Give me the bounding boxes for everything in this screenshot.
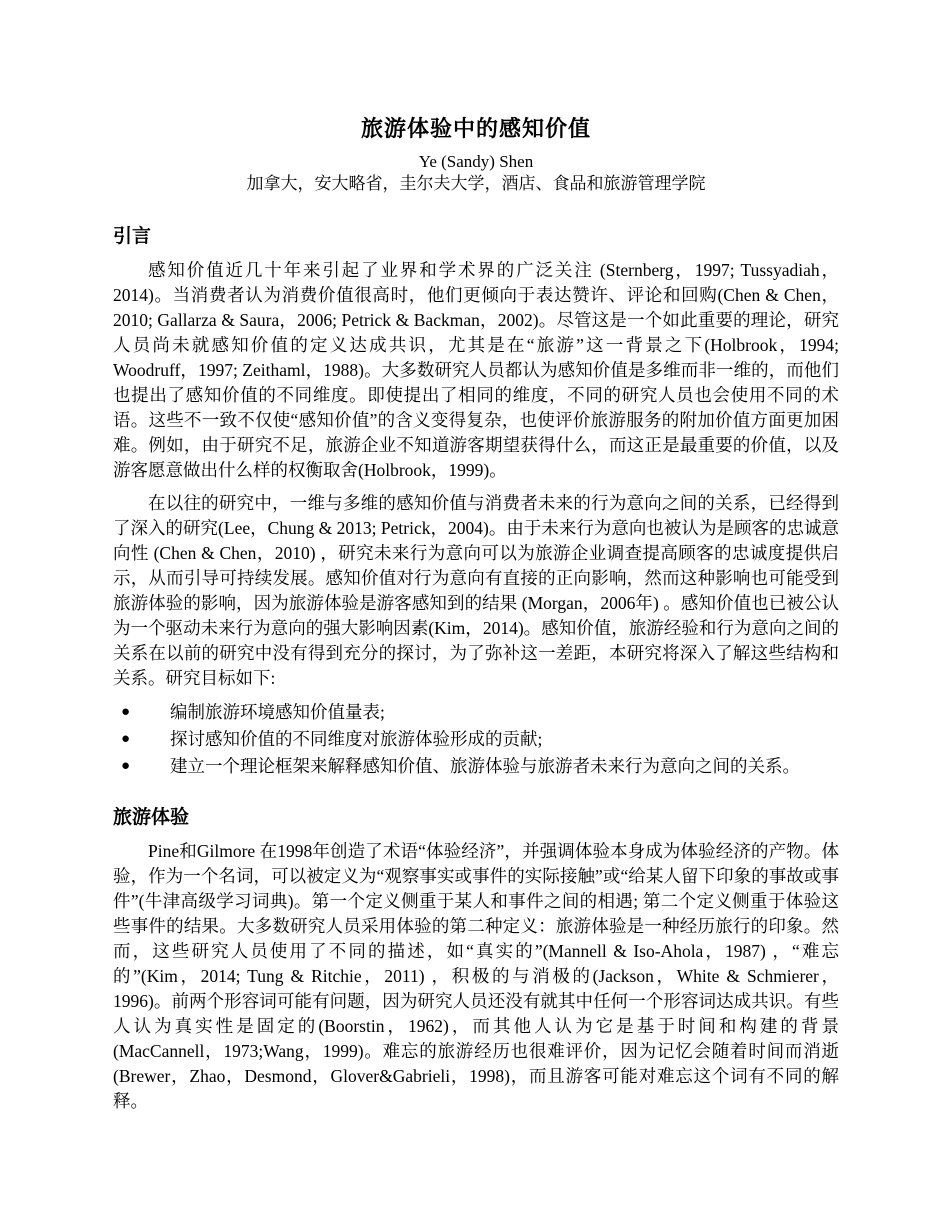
section-heading-tourism-experience: 旅游体验 (113, 807, 839, 829)
list-item: ● 编制旅游环境感知价值量表; (113, 699, 839, 726)
intro-paragraph-1: 感知价值近几十年来引起了业界和学术界的广泛关注 (Sternberg，1997;… (113, 258, 839, 483)
bullet-icon: ● (121, 753, 130, 780)
intro-paragraph-2: 在以往的研究中，一维与多维的感知价值与消费者未来的行为意向之间的关系，已经得到了… (113, 491, 839, 691)
tourism-experience-paragraph: Pine和Gilmore 在1998年创造了术语“体验经济”，并强调体验本身成为… (113, 839, 839, 1114)
page-title: 旅游体验中的感知价值 (113, 116, 839, 142)
research-objectives-list: ● 编制旅游环境感知价值量表; ● 探讨感知价值的不同维度对旅游体验形成的贡献;… (113, 699, 839, 780)
list-item: ● 建立一个理论框架来解释感知价值、旅游体验与旅游者未来行为意向之间的关系。 (113, 753, 839, 780)
list-item-text: 建立一个理论框架来解释感知价值、旅游体验与旅游者未来行为意向之间的关系。 (170, 756, 800, 776)
author-line: Ye (Sandy) Shen (113, 151, 839, 172)
bullet-icon: ● (121, 726, 130, 753)
bullet-icon: ● (121, 699, 130, 726)
document-page: 旅游体验中的感知价值 Ye (Sandy) Shen 加拿大，安大略省，圭尔夫大… (0, 0, 952, 1232)
list-item-text: 编制旅游环境感知价值量表; (170, 702, 385, 722)
section-heading-introduction: 引言 (113, 226, 839, 248)
list-item-text: 探讨感知价值的不同维度对旅游体验形成的贡献; (170, 729, 542, 749)
affiliation-line: 加拿大，安大略省，圭尔夫大学，酒店、食品和旅游管理学院 (113, 172, 839, 195)
list-item: ● 探讨感知价值的不同维度对旅游体验形成的贡献; (113, 726, 839, 753)
